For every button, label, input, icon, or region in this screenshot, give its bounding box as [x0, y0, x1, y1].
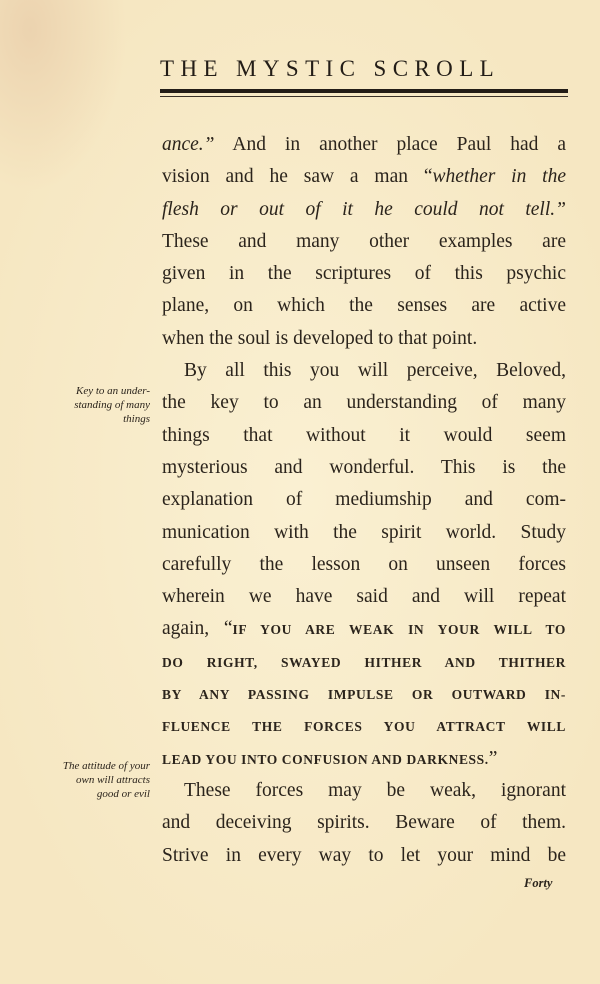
- text-line: carefully the lesson on unseen forces: [162, 549, 566, 581]
- text-line: These forces may be weak, ignorant: [162, 775, 566, 807]
- body-text: ance.” And in another place Paul had avi…: [162, 129, 566, 872]
- text-run: given in the scriptures of this psychic: [162, 263, 566, 284]
- text-run: IF YOU ARE WEAK IN YOUR WILL TO: [233, 622, 566, 637]
- text-run: explanation of mediumship and com-: [162, 489, 566, 510]
- margin-note-line: good or evil: [30, 787, 150, 801]
- text-line: given in the scriptures of this psychic: [162, 258, 566, 290]
- page-header: THE MYSTIC SCROLL: [160, 54, 568, 97]
- text-line: These and many other examples are: [162, 226, 566, 258]
- text-line: wherein we have said and will repeat: [162, 581, 566, 613]
- text-line: By all this you will perceive, Beloved,: [162, 355, 566, 387]
- text-line: Strive in every way to let your mind be: [162, 840, 566, 872]
- text-line: explanation of mediumship and com-: [162, 484, 566, 516]
- margin-note-line: Key to an under-: [30, 384, 150, 398]
- text-run: carefully the lesson on unseen forces: [162, 554, 566, 575]
- header-rule-thick: [160, 89, 568, 93]
- text-line: plane, on which the senses are active: [162, 290, 566, 322]
- text-line: LEAD YOU INTO CONFUSION AND DARKNESS.”: [162, 743, 566, 775]
- text-line: the key to an understanding of many: [162, 387, 566, 419]
- text-line: ance.” And in another place Paul had a: [162, 129, 566, 161]
- margin-note-line: The attitude of your: [30, 759, 150, 773]
- text-run: These forces may be weak, ignorant: [184, 780, 566, 801]
- text-run: and deceiving spirits. Beware of them.: [162, 812, 566, 833]
- page-number: Forty: [524, 876, 552, 891]
- text-run: when the soul is developed to that point…: [162, 328, 477, 349]
- margin-note-line: things: [30, 412, 150, 426]
- text-line: DO RIGHT, SWAYED HITHER AND THITHER: [162, 646, 566, 678]
- text-run: DO RIGHT, SWAYED HITHER AND THITHER: [162, 655, 566, 670]
- text-line: BY ANY PASSING IMPULSE OR OUTWARD IN-: [162, 678, 566, 710]
- text-run: ”: [489, 748, 498, 769]
- text-run: munication with the spirit world. Study: [162, 522, 566, 543]
- text-run: plane, on which the senses are active: [162, 295, 566, 316]
- text-run: FLUENCE THE FORCES YOU ATTRACT WILL: [162, 719, 566, 734]
- margin-note-key-understanding: Key to an under-standing of manythings: [30, 384, 150, 426]
- running-title: THE MYSTIC SCROLL: [160, 54, 568, 84]
- text-run: wherein we have said and will repeat: [162, 586, 566, 607]
- margin-note-line: standing of many: [30, 398, 150, 412]
- text-run: Strive in every way to let your mind be: [162, 845, 566, 866]
- text-run: vision and he saw a man “: [162, 166, 432, 187]
- text-line: when the soul is developed to that point…: [162, 323, 566, 355]
- text-line: mysterious and wonderful. This is the: [162, 452, 566, 484]
- margin-note-attitude-will: The attitude of yourown will attractsgoo…: [30, 759, 150, 801]
- text-run: And in another place Paul had a: [215, 134, 566, 155]
- text-run: mysterious and wonderful. This is the: [162, 457, 566, 478]
- text-run: again, “: [162, 618, 233, 639]
- text-line: and deceiving spirits. Beware of them.: [162, 807, 566, 839]
- text-run: These and many other examples are: [162, 231, 566, 252]
- header-rule-thin: [160, 96, 568, 97]
- text-run: ance.”: [162, 134, 215, 155]
- text-line: vision and he saw a man “whether in the: [162, 161, 566, 193]
- text-run: By all this you will perceive, Beloved,: [184, 360, 566, 381]
- text-run: the key to an understanding of many: [162, 392, 566, 413]
- text-line: things that without it would seem: [162, 420, 566, 452]
- text-run: BY ANY PASSING IMPULSE OR OUTWARD IN-: [162, 687, 566, 702]
- text-run: whether in the: [432, 166, 566, 187]
- text-line: FLUENCE THE FORCES YOU ATTRACT WILL: [162, 710, 566, 742]
- text-run: things that without it would seem: [162, 425, 566, 446]
- text-line: munication with the spirit world. Study: [162, 517, 566, 549]
- text-line: again, “IF YOU ARE WEAK IN YOUR WILL TO: [162, 613, 566, 645]
- text-line: flesh or out of it he could not tell.”: [162, 194, 566, 226]
- text-run: flesh or out of it he could not tell.”: [162, 199, 566, 220]
- margin-note-line: own will attracts: [30, 773, 150, 787]
- text-run: LEAD YOU INTO CONFUSION AND DARKNESS.: [162, 752, 489, 767]
